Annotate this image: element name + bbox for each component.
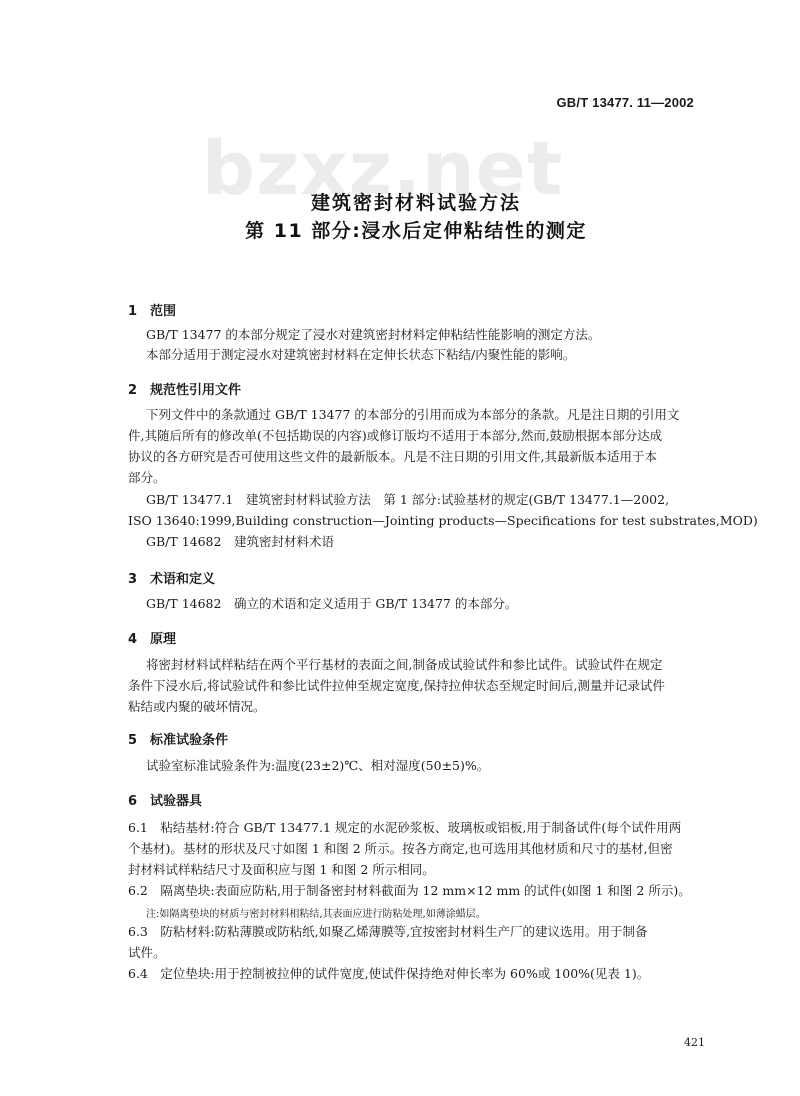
- paragraph-line: 下列文件中的条款通过 GB/T 13477 的本部分的引用而成为本部分的条款。凡…: [146, 405, 679, 425]
- section-heading-3: 3术语和定义: [128, 568, 215, 587]
- document-subtitle: 第 11 部分:浸水后定伸粘结性的测定: [16, 216, 800, 243]
- paragraph-line: 粘结或内聚的破坏情况。: [128, 697, 728, 717]
- paragraph: GB/T 14682 确立的术语和定义适用于 GB/T 13477 的本部分。: [146, 594, 517, 614]
- document-title: 建筑密封材料试验方法: [16, 188, 800, 215]
- clause-6-3-cont: 试件。: [128, 943, 728, 963]
- clause-6-4: 6.4 定位垫块:用于控制被拉伸的试件宽度,使试件保持绝对伸长率为 60%或 1…: [128, 964, 728, 984]
- section-heading-5: 5标准试验条件: [128, 729, 228, 748]
- page-number: 421: [684, 1036, 705, 1049]
- reference-item: GB/T 13477.1 建筑密封材料试验方法 第 1 部分:试验基材的规定(G…: [146, 490, 669, 510]
- paragraph-line: 部分。: [128, 468, 728, 488]
- reference-item: ISO 13640:1999,Building construction—Joi…: [128, 511, 728, 531]
- section-heading-1: 1范围: [128, 300, 176, 319]
- section-heading-6: 6试验器具: [128, 790, 202, 809]
- clause-6-1: 6.1 粘结基材:符合 GB/T 13477.1 规定的水泥砂浆板、玻璃板或铝板…: [128, 818, 728, 838]
- paragraph: GB/T 13477 的本部分规定了浸水对建筑密封材料定伸粘结性能影响的测定方法…: [146, 325, 600, 345]
- paragraph-line: 条件下浸水后,将试验试件和参比试件拉伸至规定宽度,保持拉伸状态至规定时间后,测量…: [128, 676, 728, 696]
- paragraph: 本部分适用于测定浸水对建筑密封材料在定伸长状态下粘结/内聚性能的影响。: [146, 345, 575, 365]
- paragraph-line: 将密封材料试样粘结在两个平行基材的表面之间,制备成试验试件和参比试件。试验试件在…: [146, 655, 662, 675]
- clause-6-2: 6.2 隔离垫块:表面应防粘,用于制备密封材料截面为 12 mm×12 mm 的…: [128, 881, 728, 901]
- paragraph-line: 协议的各方研究是否可使用这些文件的最新版本。凡是不注日期的引用文件,其最新版本适…: [128, 447, 728, 467]
- paragraph: 试验室标准试验条件为:温度(23±2)℃、相对湿度(50±5)%。: [146, 756, 489, 776]
- standard-number: GB/T 13477. 11—2002: [556, 95, 694, 110]
- clause-6-1-cont: 封材料试样粘结尺寸及面积应与图 1 和图 2 所示相同。: [128, 860, 728, 880]
- paragraph-line: 件,其随后所有的修改单(不包括勘误的内容)或修订版均不适用于本部分,然而,鼓励根…: [128, 426, 728, 446]
- clause-6-2-note: 注:如隔离垫块的材质与密封材料相粘结,其表面应进行防粘处理,如薄涂蜡层。: [146, 905, 486, 920]
- clause-6-3: 6.3 防粘材料:防粘薄膜或防粘纸,如聚乙烯薄膜等,宜按密封材料生产厂的建议选用…: [128, 922, 728, 942]
- reference-item: GB/T 14682 建筑密封材料术语: [146, 532, 334, 552]
- clause-6-1-cont: 个基材)。基材的形状及尺寸如图 1 和图 2 所示。按各方商定,也可选用其他材质…: [128, 839, 728, 859]
- section-heading-4: 4原理: [128, 628, 176, 647]
- section-heading-2: 2规范性引用文件: [128, 379, 241, 398]
